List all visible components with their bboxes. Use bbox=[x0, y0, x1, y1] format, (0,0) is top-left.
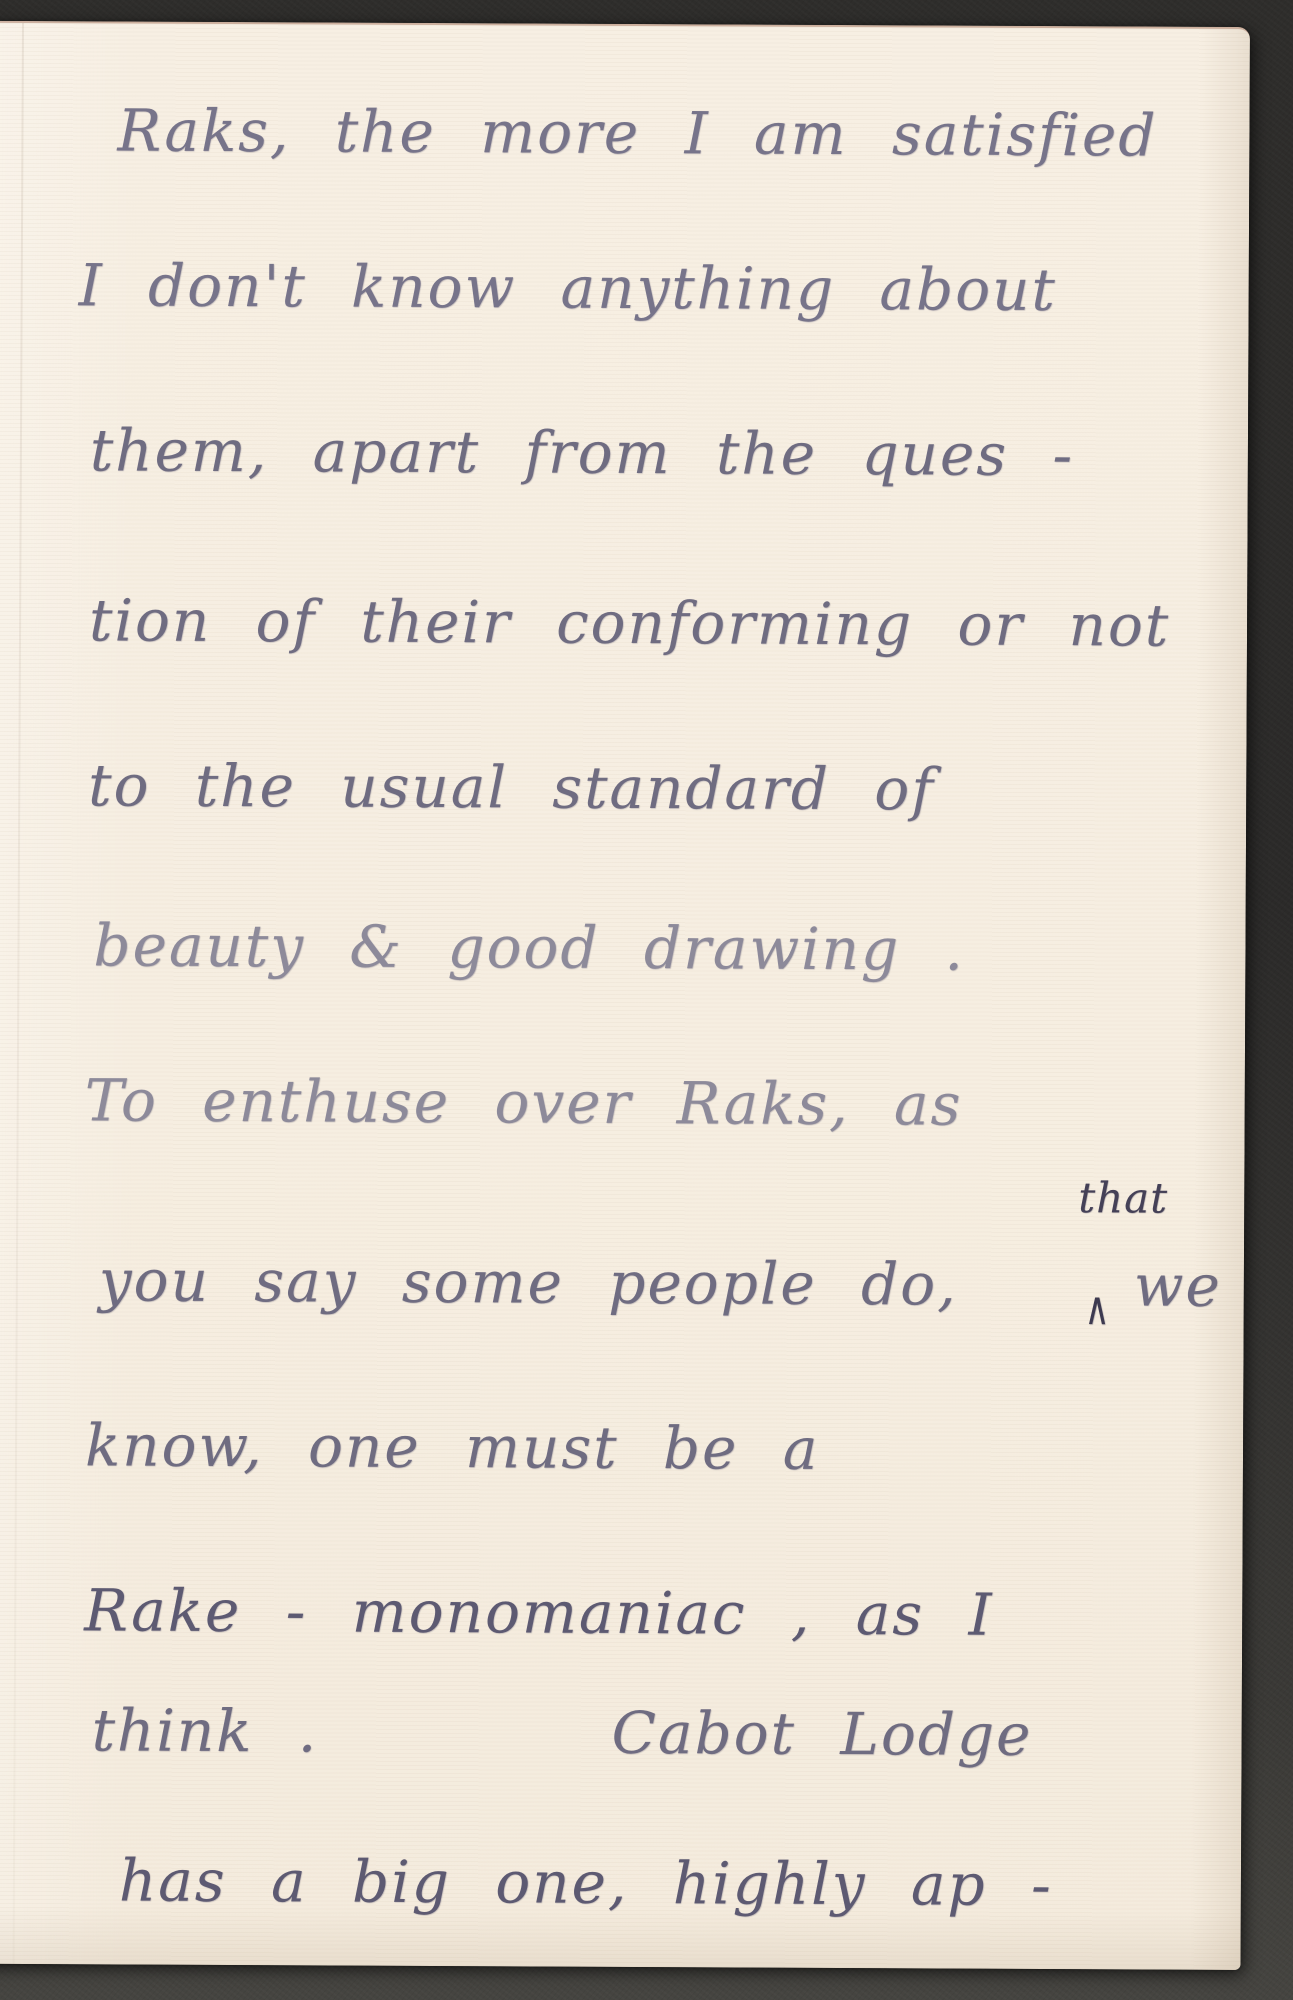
handwritten-line-8-word-we: we bbox=[1134, 1251, 1222, 1319]
handwritten-line-6: beauty & good drawing . bbox=[93, 911, 965, 983]
handwritten-line-7: To enthuse over Raks, as bbox=[85, 1066, 963, 1138]
handwritten-line-10: Rake - monomaniac , as I bbox=[84, 1576, 994, 1648]
handwritten-line-11: think . bbox=[91, 1696, 318, 1765]
paper-crease bbox=[13, 23, 24, 1964]
handwritten-line-1: Raks, the more I am satisfied bbox=[117, 96, 1157, 169]
handwritten-line-8: you say some people do, bbox=[99, 1246, 958, 1318]
letter-page: Raks, the more I am satisfied I don't kn… bbox=[0, 21, 1250, 1970]
handwritten-line-4: tion of their conforming or not bbox=[89, 586, 1170, 659]
handwritten-line-3: them, apart from the ques - bbox=[90, 416, 1075, 489]
inserted-word-that: that bbox=[1078, 1173, 1168, 1222]
handwritten-line-9: know, one must be a bbox=[85, 1411, 820, 1483]
handwritten-line-5: to the usual standard of bbox=[88, 751, 935, 823]
caret-mark: ∧ bbox=[1085, 1282, 1110, 1336]
handwritten-line-2: I don't know anything about bbox=[79, 251, 1057, 324]
handwritten-line-11-name: Cabot Lodge bbox=[611, 1699, 1032, 1769]
scan-background: Raks, the more I am satisfied I don't kn… bbox=[0, 0, 1293, 2000]
handwritten-line-12: has a big one, highly ap - bbox=[119, 1846, 1053, 1919]
